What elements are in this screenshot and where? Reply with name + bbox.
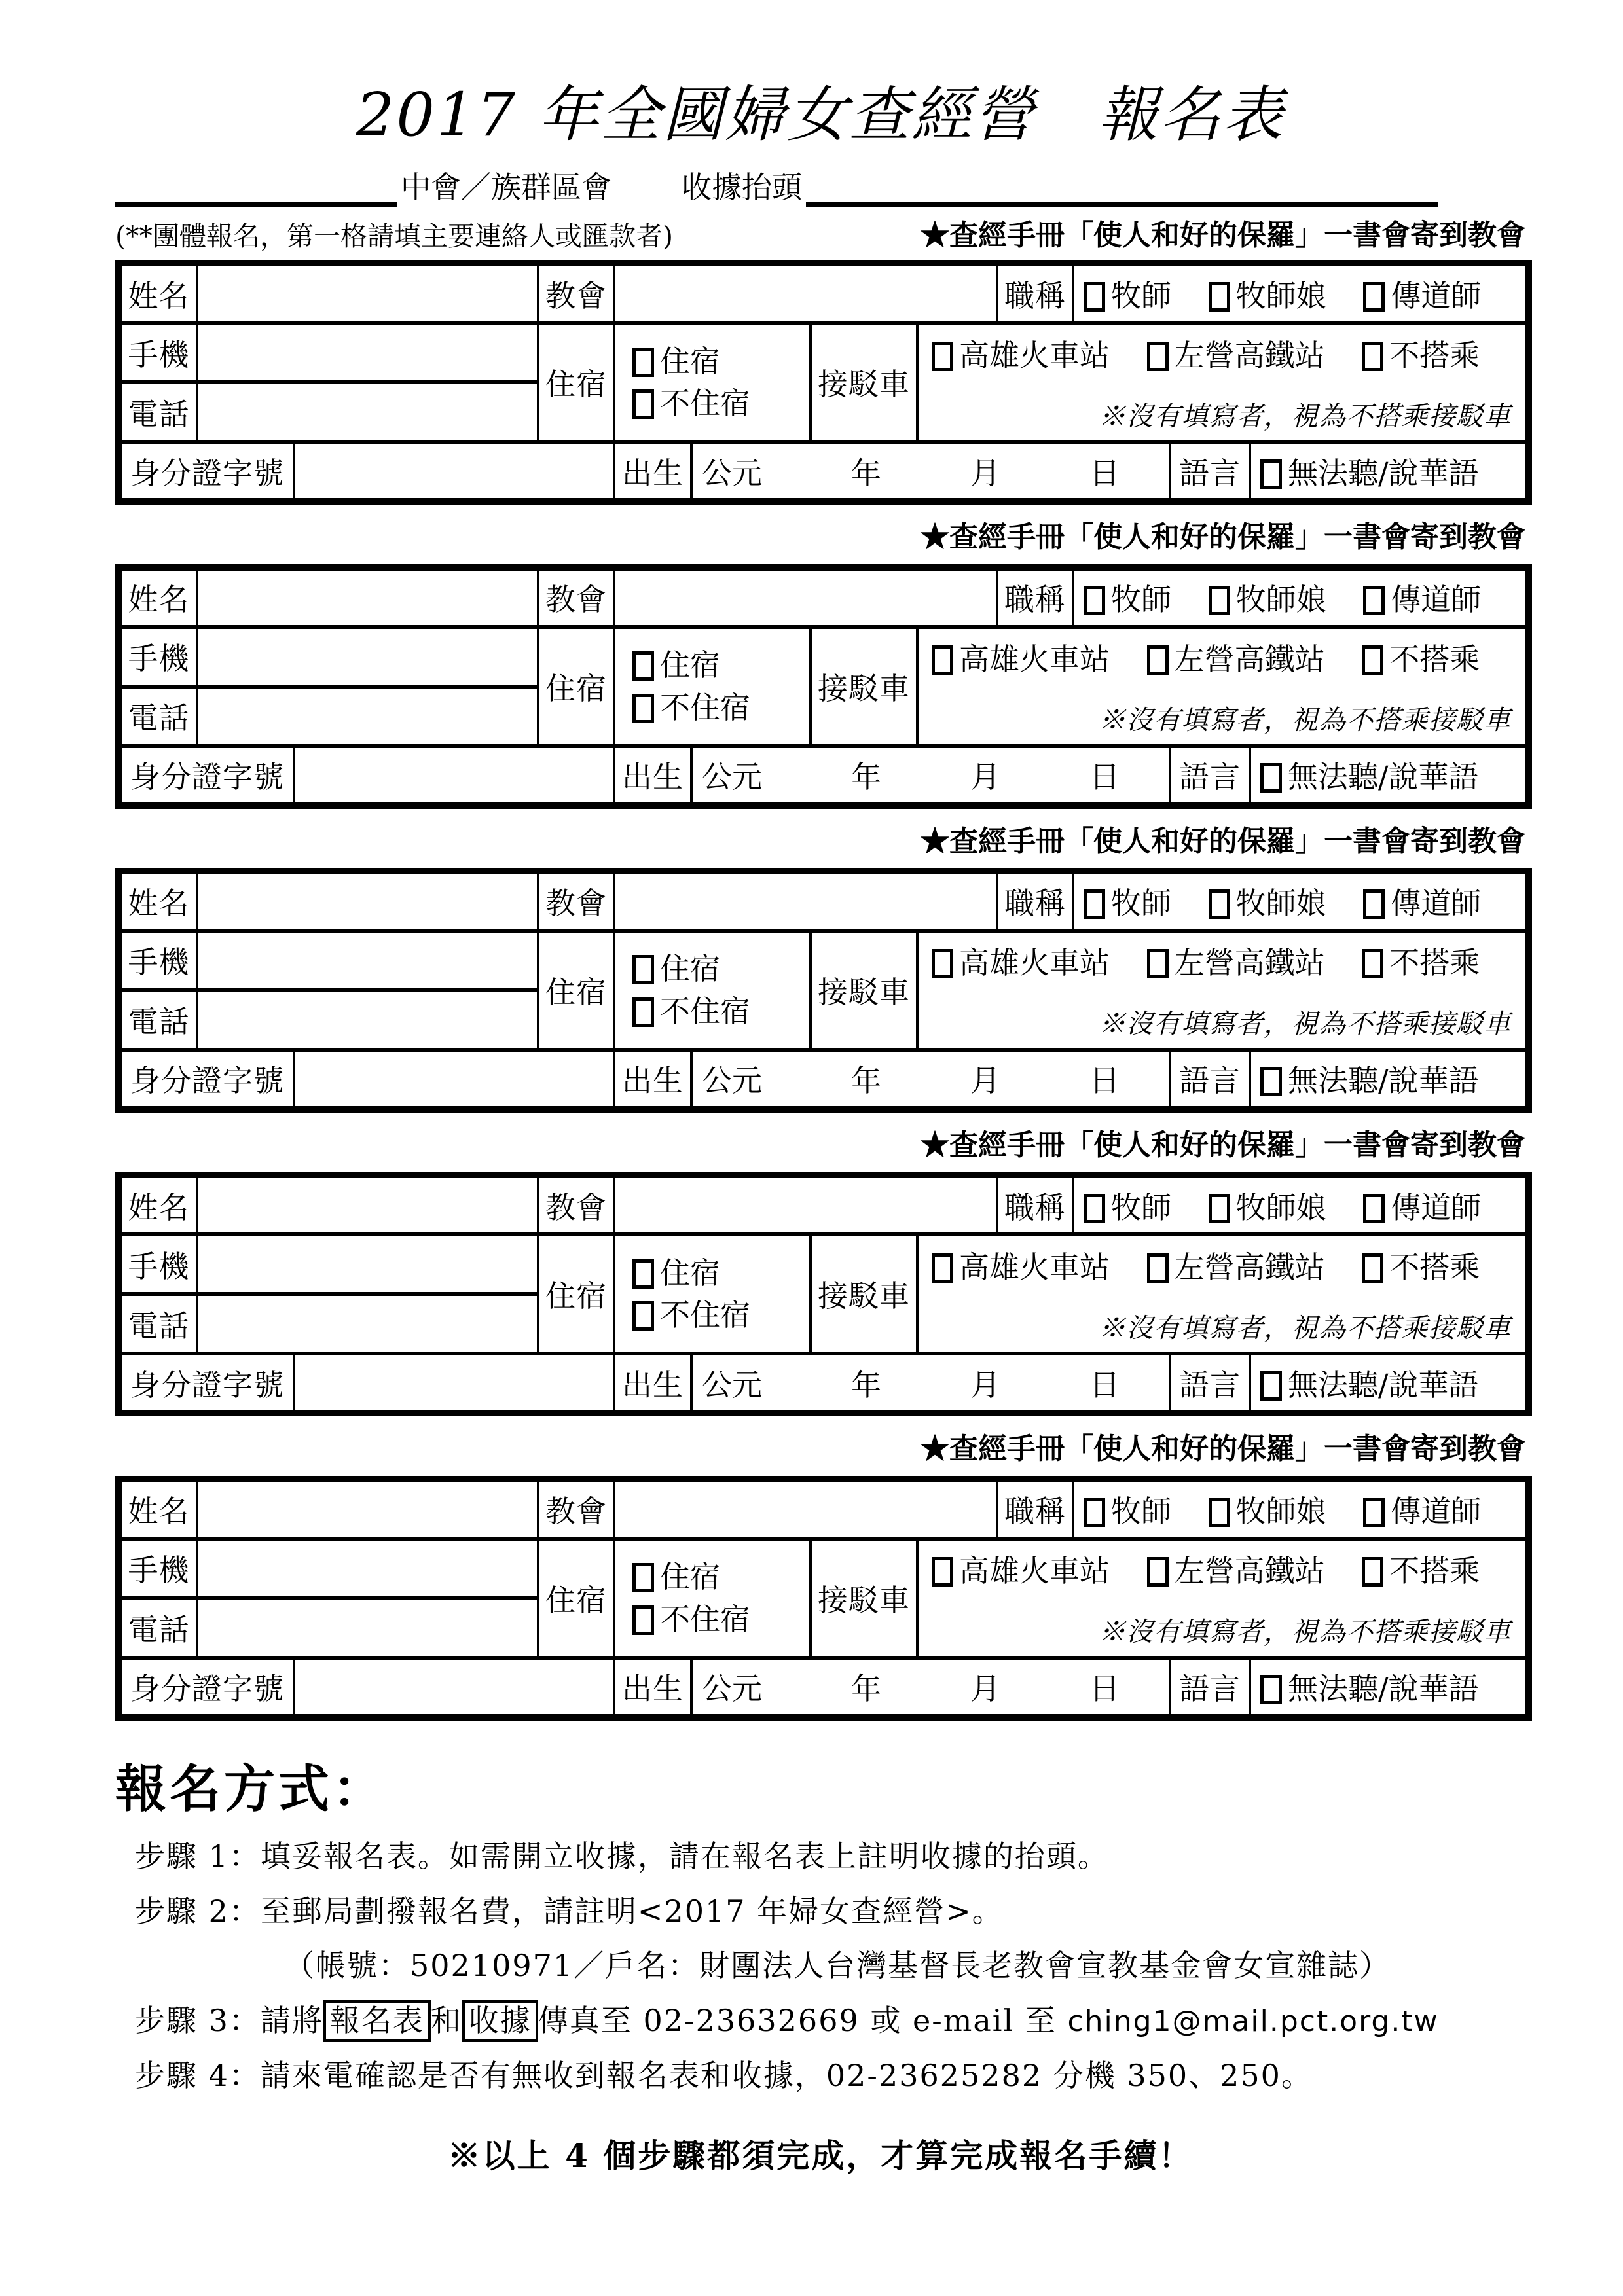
phone-label: 電話: [119, 687, 197, 746]
position-label: 職稱: [997, 871, 1073, 931]
shuttle-option-kaohsiung-station: 高雄火車站: [932, 945, 1110, 980]
final-note: ※以上 4 個步驟都須完成，才算完成報名手續！: [115, 2130, 1525, 2177]
position-option-pastor: 牧師: [1084, 1494, 1171, 1529]
checkbox-icon[interactable]: [1362, 342, 1383, 371]
id-field[interactable]: [294, 1658, 614, 1717]
birth-label: 出生: [614, 746, 691, 806]
shuttle-options-cell: 高雄火車站 左營高鐵站 不搭乘 ※沒有填寫者，視為不搭乘接駁車: [917, 1234, 1529, 1354]
lodging-options-cell: 住宿 不住宿: [614, 931, 811, 1050]
lodging-option-stay: 住宿: [615, 345, 809, 378]
language-label: 語言: [1170, 1354, 1250, 1413]
checkbox-icon[interactable]: [1260, 1067, 1282, 1096]
position-option-evangelist: 傳道師: [1363, 886, 1481, 921]
table-row: 手機 住宿 住宿 不住宿 接駁車 高雄火車站 左營高鐵站 不搭乘 ※沒有填寫者，…: [119, 627, 1529, 687]
shuttle-options-cell: 高雄火車站 左營高鐵站 不搭乘 ※沒有填寫者，視為不搭乘接駁車: [917, 323, 1529, 442]
phone-field[interactable]: [197, 990, 538, 1050]
church-field[interactable]: [614, 1175, 997, 1234]
shuttle-options: 高雄火車站 左營高鐵站 不搭乘: [919, 636, 1525, 679]
lodging-options-cell: 住宿 不住宿: [614, 323, 811, 442]
handbook-note: ★查經手冊「使人和好的保羅」一書會寄到教會: [921, 217, 1525, 253]
birth-label: 出生: [614, 1658, 691, 1717]
step-3-mid: 和: [431, 2003, 462, 2038]
birth-era-label: 公元: [702, 1361, 762, 1405]
handbook-note: ★查經手冊「使人和好的保羅」一書會寄到教會: [921, 1128, 1525, 1162]
position-option-evangelist: 傳道師: [1363, 1190, 1481, 1225]
page-title: 2017 年全國婦女查經營 報名表: [115, 77, 1525, 152]
lodging-option-no-stay: 不住宿: [615, 1603, 809, 1636]
checkbox-icon[interactable]: [1363, 282, 1385, 312]
position-option-pastors-wife: 牧師娘: [1209, 1494, 1326, 1529]
language-option-cell: 無法聽/說華語: [1250, 1354, 1529, 1413]
table-row: 身分證字號 出生 公元 年 月 日 語言 無法聽/說華語: [119, 746, 1529, 806]
mobile-field[interactable]: [197, 931, 538, 990]
lodging-options-cell: 住宿 不住宿: [614, 1539, 811, 1658]
position-options-cell: 牧師 牧師娘 傳道師: [1073, 567, 1529, 627]
birth-month-label: 月: [970, 1665, 1000, 1708]
church-field[interactable]: [614, 567, 997, 627]
lodging-option-no-stay: 不住宿: [615, 691, 809, 725]
checkbox-icon[interactable]: [1260, 1371, 1282, 1401]
shuttle-option-kaohsiung-station: 高雄火車站: [932, 1553, 1110, 1588]
table-row: 身分證字號 出生 公元 年 月 日 語言 無法聽/說華語: [119, 1354, 1529, 1413]
step-1: 步驟 1：填妥報名表。如需開立收據，請在報名表上註明收據的抬頭。: [135, 1837, 1525, 1876]
checkbox-icon[interactable]: [1363, 889, 1385, 919]
birth-field[interactable]: 公元 年 月 日: [691, 1354, 1170, 1413]
header-fill-line: 中會／族群區會 收據抬頭: [115, 170, 1525, 207]
id-field[interactable]: [294, 1354, 614, 1413]
checkbox-icon[interactable]: [1363, 1194, 1385, 1223]
shuttle-option-zuoying-hsr: 左營高鐵站: [1147, 338, 1325, 373]
table-row: 姓名 教會 職稱 牧師 牧師娘 傳道師: [119, 871, 1529, 931]
lodging-option-stay: 住宿: [615, 1257, 809, 1290]
church-label: 教會: [538, 1175, 614, 1234]
position-options-cell: 牧師 牧師娘 傳道師: [1073, 871, 1529, 931]
name-label: 姓名: [119, 871, 197, 931]
shuttle-label: 接駁車: [811, 1539, 917, 1658]
group-registration-note: (**團體報名，第一格請填主要連絡人或匯款者): [115, 220, 673, 253]
birth-era-label: 公元: [702, 1057, 762, 1100]
language-option-cell: 無法聽/說華語: [1250, 1658, 1529, 1717]
registration-table: 姓名 教會 職稱 牧師 牧師娘 傳道師 手機 住宿 住宿 不住宿 接駁車 高雄火…: [115, 1172, 1532, 1416]
position-options-cell: 牧師 牧師娘 傳道師: [1073, 1479, 1529, 1539]
id-label: 身分證字號: [119, 746, 294, 806]
language-label: 語言: [1170, 746, 1250, 806]
shuttle-option-zuoying-hsr: 左營高鐵站: [1147, 641, 1325, 677]
checkbox-icon[interactable]: [1362, 645, 1383, 675]
lodging-label: 住宿: [538, 627, 614, 746]
lodging-label: 住宿: [538, 1234, 614, 1354]
checkbox-icon[interactable]: [932, 342, 953, 371]
birth-year-label: 年: [851, 1665, 881, 1708]
language-option-cell: 無法聽/說華語: [1250, 1050, 1529, 1109]
position-option-evangelist: 傳道師: [1363, 1494, 1481, 1529]
church-field[interactable]: [614, 263, 997, 323]
council-label: 中會／族群區會: [397, 170, 615, 207]
birth-month-label: 月: [970, 753, 1000, 797]
birth-day-label: 日: [1089, 450, 1120, 493]
position-option-pastors-wife: 牧師娘: [1209, 278, 1326, 314]
shuttle-option-kaohsiung-station: 高雄火車站: [932, 641, 1110, 677]
handbook-note-row: ★查經手冊「使人和好的保羅」一書會寄到教會: [115, 1130, 1525, 1161]
checkbox-icon[interactable]: [1260, 459, 1282, 489]
checkbox-icon[interactable]: [1209, 1194, 1230, 1223]
church-label: 教會: [538, 871, 614, 931]
checkbox-icon[interactable]: [1362, 949, 1383, 978]
position-option-evangelist: 傳道師: [1363, 582, 1481, 617]
church-label: 教會: [538, 263, 614, 323]
position-option-pastors-wife: 牧師娘: [1209, 1190, 1326, 1225]
birth-label: 出生: [614, 1354, 691, 1413]
shuttle-note: ※沒有填寫者，視為不搭乘接駁車: [919, 1306, 1525, 1345]
shuttle-options: 高雄火車站 左營高鐵站 不搭乘: [919, 1244, 1525, 1287]
checkbox-icon[interactable]: [1084, 1498, 1105, 1527]
checkbox-icon[interactable]: [632, 694, 654, 723]
lodging-option-no-stay: 不住宿: [615, 1299, 809, 1332]
id-field[interactable]: [294, 442, 614, 501]
mobile-field[interactable]: [197, 1234, 538, 1294]
checkbox-icon[interactable]: [1209, 1498, 1230, 1527]
table-row: 身分證字號 出生 公元 年 月 日 語言 無法聽/說華語: [119, 442, 1529, 501]
shuttle-option-zuoying-hsr: 左營高鐵站: [1147, 1553, 1325, 1588]
table-row: 姓名 教會 職稱 牧師 牧師娘 傳道師: [119, 1479, 1529, 1539]
mobile-label: 手機: [119, 1234, 197, 1294]
table-row: 身分證字號 出生 公元 年 月 日 語言 無法聽/說華語: [119, 1050, 1529, 1109]
checkbox-icon[interactable]: [1209, 586, 1230, 615]
shuttle-option-kaohsiung-station: 高雄火車站: [932, 338, 1110, 373]
position-option-pastors-wife: 牧師娘: [1209, 582, 1326, 617]
birth-year-label: 年: [851, 1361, 881, 1405]
checkbox-icon[interactable]: [1084, 282, 1105, 312]
step-3-prefix: 步驟 3：請將: [135, 2003, 323, 2038]
checkbox-icon[interactable]: [632, 997, 654, 1027]
language-label: 語言: [1170, 442, 1250, 501]
table-row: 姓名 教會 職稱 牧師 牧師娘 傳道師: [119, 263, 1529, 323]
birth-parts: 公元 年 月 日: [693, 1361, 1169, 1405]
checkbox-icon[interactable]: [632, 1563, 654, 1592]
name-field[interactable]: [197, 567, 538, 627]
birth-year-label: 年: [851, 1057, 881, 1100]
shuttle-option-none: 不搭乘: [1362, 1553, 1480, 1588]
lodging-option-stay: 住宿: [615, 1560, 809, 1594]
position-label: 職稱: [997, 1479, 1073, 1539]
table-row: 姓名 教會 職稱 牧師 牧師娘 傳道師: [119, 1175, 1529, 1234]
handbook-note-row: ★查經手冊「使人和好的保羅」一書會寄到教會: [115, 1433, 1525, 1465]
shuttle-options: 高雄火車站 左營高鐵站 不搭乘: [919, 332, 1525, 375]
language-option-no-mandarin: 無法聽/說華語: [1260, 759, 1479, 795]
checkbox-icon[interactable]: [932, 949, 953, 978]
form-page: 2017 年全國婦女查經營 報名表 中會／族群區會 收據抬頭 (**團體報名，第…: [115, 0, 1525, 2177]
position-option-pastor: 牧師: [1084, 886, 1171, 921]
table-row: 手機 住宿 住宿 不住宿 接駁車 高雄火車站 左營高鐵站 不搭乘 ※沒有填寫者，…: [119, 323, 1529, 382]
council-blank-line[interactable]: [115, 170, 397, 207]
church-field[interactable]: [614, 1479, 997, 1539]
language-label: 語言: [1170, 1658, 1250, 1717]
church-label: 教會: [538, 567, 614, 627]
shuttle-option-none: 不搭乘: [1362, 338, 1480, 373]
lodging-option-no-stay: 不住宿: [615, 995, 809, 1028]
id-label: 身分證字號: [119, 1050, 294, 1109]
church-field[interactable]: [614, 871, 997, 931]
mobile-field[interactable]: [197, 627, 538, 687]
checkbox-icon[interactable]: [1260, 1675, 1282, 1704]
checkbox-icon[interactable]: [632, 389, 654, 419]
phone-label: 電話: [119, 990, 197, 1050]
table-row: 手機 住宿 住宿 不住宿 接駁車 高雄火車站 左營高鐵站 不搭乘 ※沒有填寫者，…: [119, 1234, 1529, 1294]
birth-parts: 公元 年 月 日: [693, 753, 1169, 797]
shuttle-options-cell: 高雄火車站 左營高鐵站 不搭乘 ※沒有填寫者，視為不搭乘接駁車: [917, 1539, 1529, 1658]
shuttle-note: ※沒有填寫者，視為不搭乘接駁車: [919, 1002, 1525, 1041]
checkbox-icon[interactable]: [632, 348, 654, 377]
table-row: 手機 住宿 住宿 不住宿 接駁車 高雄火車站 左營高鐵站 不搭乘 ※沒有填寫者，…: [119, 931, 1529, 990]
phone-field[interactable]: [197, 1294, 538, 1354]
phone-label: 電話: [119, 1294, 197, 1354]
position-options-cell: 牧師 牧師娘 傳道師: [1073, 263, 1529, 323]
position-option-pastor: 牧師: [1084, 582, 1171, 617]
language-option-no-mandarin: 無法聽/說華語: [1260, 1671, 1479, 1706]
phone-field[interactable]: [197, 382, 538, 442]
language-option-cell: 無法聽/說華語: [1250, 442, 1529, 501]
id-field[interactable]: [294, 1050, 614, 1109]
notes-row: (**團體報名，第一格請填主要連絡人或匯款者) ★查經手冊「使人和好的保羅」一書…: [115, 217, 1525, 253]
mobile-label: 手機: [119, 931, 197, 990]
birth-year-label: 年: [851, 450, 881, 493]
shuttle-options: 高雄火車站 左營高鐵站 不搭乘: [919, 1547, 1525, 1590]
birth-field[interactable]: 公元 年 月 日: [691, 1658, 1170, 1717]
checkbox-icon[interactable]: [1084, 1194, 1105, 1223]
birth-month-label: 月: [970, 450, 1000, 493]
shuttle-label: 接駁車: [811, 323, 917, 442]
birth-era-label: 公元: [702, 753, 762, 797]
boxed-receipt-word: 收據: [462, 2000, 538, 2042]
table-row: 身分證字號 出生 公元 年 月 日 語言 無法聽/說華語: [119, 1658, 1529, 1717]
mobile-field[interactable]: [197, 323, 538, 382]
checkbox-icon[interactable]: [932, 645, 953, 675]
lodging-option-no-stay: 不住宿: [615, 387, 809, 420]
birth-field[interactable]: 公元 年 月 日: [691, 442, 1170, 501]
shuttle-option-zuoying-hsr: 左營高鐵站: [1147, 1249, 1325, 1285]
birth-field[interactable]: 公元 年 月 日: [691, 1050, 1170, 1109]
phone-label: 電話: [119, 382, 197, 442]
shuttle-options: 高雄火車站 左營高鐵站 不搭乘: [919, 939, 1525, 982]
church-label: 教會: [538, 1479, 614, 1539]
shuttle-label: 接駁車: [811, 931, 917, 1050]
position-options-cell: 牧師 牧師娘 傳道師: [1073, 1175, 1529, 1234]
name-label: 姓名: [119, 263, 197, 323]
position-label: 職稱: [997, 567, 1073, 627]
name-field[interactable]: [197, 1479, 538, 1539]
handbook-note: ★查經手冊「使人和好的保羅」一書會寄到教會: [921, 825, 1525, 858]
name-label: 姓名: [119, 567, 197, 627]
step-3: 步驟 3：請將報名表和收據傳真至 02-23632669 或 e-mail 至 …: [135, 2001, 1525, 2041]
checkbox-icon[interactable]: [1147, 1253, 1169, 1283]
birth-parts: 公元 年 月 日: [693, 1665, 1169, 1708]
position-option-evangelist: 傳道師: [1363, 278, 1481, 314]
position-option-pastor: 牧師: [1084, 278, 1171, 314]
position-option-pastors-wife: 牧師娘: [1209, 886, 1326, 921]
checkbox-icon[interactable]: [1147, 949, 1169, 978]
birth-era-label: 公元: [702, 1665, 762, 1708]
shuttle-option-none: 不搭乘: [1362, 641, 1480, 677]
mobile-field[interactable]: [197, 1539, 538, 1598]
step-2: 步驟 2：至郵局劃撥報名費，請註明<2017 年婦女查經營>。: [135, 1892, 1525, 1931]
birth-era-label: 公元: [702, 450, 762, 493]
lodging-label: 住宿: [538, 323, 614, 442]
shuttle-option-kaohsiung-station: 高雄火車站: [932, 1249, 1110, 1285]
account-line: （帳號：50210971／戶名：財團法人台灣基督長老教會宣教基金會女宣雜誌）: [284, 1946, 1525, 1986]
birth-field[interactable]: 公元 年 月 日: [691, 746, 1170, 806]
phone-label: 電話: [119, 1598, 197, 1658]
checkbox-icon[interactable]: [632, 1301, 654, 1331]
birth-month-label: 月: [970, 1057, 1000, 1100]
birth-month-label: 月: [970, 1361, 1000, 1405]
language-option-no-mandarin: 無法聽/說華語: [1260, 456, 1479, 491]
shuttle-note: ※沒有填寫者，視為不搭乘接駁車: [919, 395, 1525, 433]
registration-table: 姓名 教會 職稱 牧師 牧師娘 傳道師 手機 住宿 住宿 不住宿 接駁車 高雄火…: [115, 1476, 1532, 1721]
table-row: 姓名 教會 職稱 牧師 牧師娘 傳道師: [119, 567, 1529, 627]
shuttle-note: ※沒有填寫者，視為不搭乘接駁車: [919, 1610, 1525, 1649]
handbook-note: ★查經手冊「使人和好的保羅」一書會寄到教會: [921, 1432, 1525, 1465]
lodging-options-cell: 住宿 不住宿: [614, 627, 811, 746]
language-option-cell: 無法聽/說華語: [1250, 746, 1529, 806]
id-field[interactable]: [294, 746, 614, 806]
checkbox-icon[interactable]: [1084, 586, 1105, 615]
checkbox-icon[interactable]: [1147, 1557, 1169, 1587]
email-address: ching1@mail.pct.org.tw: [1067, 2005, 1438, 2038]
checkbox-icon[interactable]: [1362, 1557, 1383, 1587]
receipt-blank-line[interactable]: [806, 170, 1438, 207]
id-label: 身分證字號: [119, 442, 294, 501]
position-option-pastor: 牧師: [1084, 1190, 1171, 1225]
checkbox-icon[interactable]: [1362, 1253, 1383, 1283]
checkbox-icon[interactable]: [1209, 889, 1230, 919]
birth-year-label: 年: [851, 753, 881, 797]
shuttle-option-zuoying-hsr: 左營高鐵站: [1147, 945, 1325, 980]
checkbox-icon[interactable]: [1084, 889, 1105, 919]
lodging-label: 住宿: [538, 931, 614, 1050]
birth-parts: 公元 年 月 日: [693, 1057, 1169, 1100]
checkbox-icon[interactable]: [1363, 586, 1385, 615]
birth-day-label: 日: [1089, 753, 1120, 797]
birth-day-label: 日: [1089, 1665, 1120, 1708]
position-label: 職稱: [997, 1175, 1073, 1234]
id-label: 身分證字號: [119, 1658, 294, 1717]
shuttle-options-cell: 高雄火車站 左營高鐵站 不搭乘 ※沒有填寫者，視為不搭乘接駁車: [917, 627, 1529, 746]
birth-label: 出生: [614, 442, 691, 501]
shuttle-label: 接駁車: [811, 1234, 917, 1354]
checkbox-icon[interactable]: [632, 1605, 654, 1635]
checkbox-icon[interactable]: [1147, 342, 1169, 371]
mobile-label: 手機: [119, 323, 197, 382]
shuttle-label: 接駁車: [811, 627, 917, 746]
lodging-option-stay: 住宿: [615, 952, 809, 986]
handbook-note: ★查經手冊「使人和好的保羅」一書會寄到教會: [921, 520, 1525, 554]
checkbox-icon[interactable]: [1147, 645, 1169, 675]
registration-table: 姓名 教會 職稱 牧師 牧師娘 傳道師 手機 住宿 住宿 不住宿 接駁車 高雄火…: [115, 868, 1532, 1113]
id-label: 身分證字號: [119, 1354, 294, 1413]
phone-field[interactable]: [197, 1598, 538, 1658]
language-label: 語言: [1170, 1050, 1250, 1109]
handbook-note-row: ★查經手冊「使人和好的保羅」一書會寄到教會: [115, 826, 1525, 857]
birth-label: 出生: [614, 1050, 691, 1109]
checkbox-icon[interactable]: [932, 1253, 953, 1283]
name-label: 姓名: [119, 1479, 197, 1539]
checkbox-icon[interactable]: [632, 651, 654, 681]
registration-table: 姓名 教會 職稱 牧師 牧師娘 傳道師 手機 住宿 住宿 不住宿 接駁車 高雄火…: [115, 260, 1532, 505]
mobile-label: 手機: [119, 627, 197, 687]
checkbox-icon[interactable]: [1260, 763, 1282, 793]
shuttle-option-none: 不搭乘: [1362, 945, 1480, 980]
boxed-registration-form-word: 報名表: [323, 2000, 431, 2042]
checkbox-icon[interactable]: [632, 955, 654, 984]
lodging-option-stay: 住宿: [615, 649, 809, 682]
howto-heading: 報名方式：: [115, 1748, 1525, 1821]
checkbox-icon[interactable]: [1363, 1498, 1385, 1527]
shuttle-note: ※沒有填寫者，視為不搭乘接駁車: [919, 698, 1525, 737]
checkbox-icon[interactable]: [632, 1259, 654, 1289]
lodging-label: 住宿: [538, 1539, 614, 1658]
birth-day-label: 日: [1089, 1361, 1120, 1405]
position-label: 職稱: [997, 263, 1073, 323]
step-3-suffix: 傳真至 02-23632669 或 e-mail 至: [538, 2003, 1068, 2038]
registration-table: 姓名 教會 職稱 牧師 牧師娘 傳道師 手機 住宿 住宿 不住宿 接駁車 高雄火…: [115, 564, 1532, 809]
step-4: 步驟 4：請來電確認是否有無收到報名表和收據，02-23625282 分機 35…: [135, 2056, 1525, 2096]
name-field[interactable]: [197, 263, 538, 323]
shuttle-option-none: 不搭乘: [1362, 1249, 1480, 1285]
checkbox-icon[interactable]: [932, 1557, 953, 1587]
language-option-no-mandarin: 無法聽/說華語: [1260, 1063, 1479, 1098]
language-option-no-mandarin: 無法聽/說華語: [1260, 1367, 1479, 1403]
name-field[interactable]: [197, 1175, 538, 1234]
shuttle-options-cell: 高雄火車站 左營高鐵站 不搭乘 ※沒有填寫者，視為不搭乘接駁車: [917, 931, 1529, 1050]
name-label: 姓名: [119, 1175, 197, 1234]
handbook-note-row: ★查經手冊「使人和好的保羅」一書會寄到教會: [115, 522, 1525, 553]
table-row: 手機 住宿 住宿 不住宿 接駁車 高雄火車站 左營高鐵站 不搭乘 ※沒有填寫者，…: [119, 1539, 1529, 1598]
lodging-options-cell: 住宿 不住宿: [614, 1234, 811, 1354]
checkbox-icon[interactable]: [1209, 282, 1230, 312]
mobile-label: 手機: [119, 1539, 197, 1598]
receipt-label: 收據抬頭: [678, 170, 806, 207]
phone-field[interactable]: [197, 687, 538, 746]
name-field[interactable]: [197, 871, 538, 931]
birth-parts: 公元 年 月 日: [693, 450, 1169, 493]
birth-day-label: 日: [1089, 1057, 1120, 1100]
